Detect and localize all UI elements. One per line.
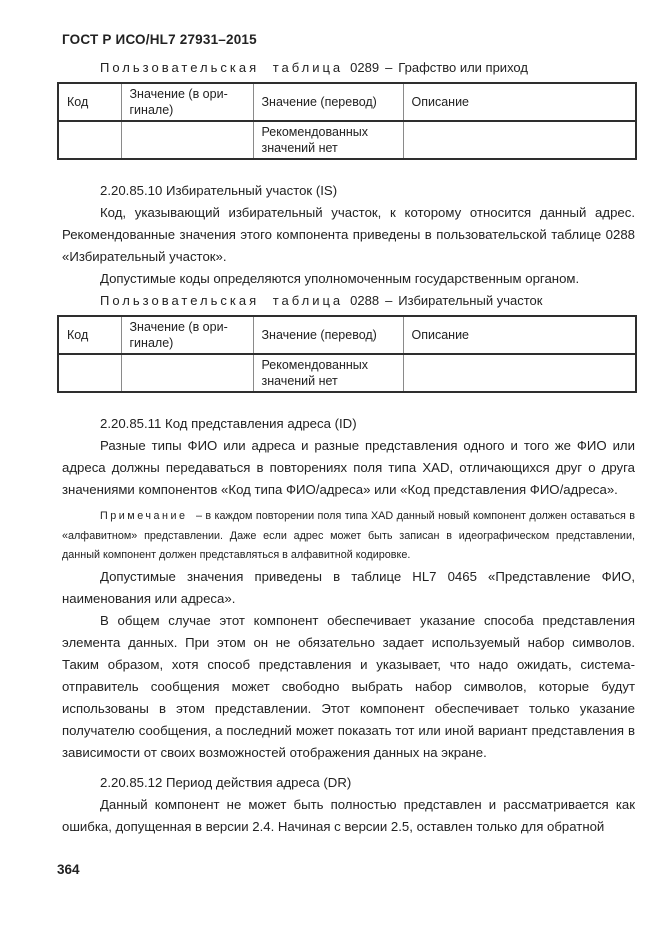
- table-cell: Рекомендованных значений нет: [253, 121, 403, 159]
- table-cell: [121, 121, 253, 159]
- caption-dash: –: [385, 293, 392, 308]
- col-header-description: Описание: [403, 316, 636, 354]
- caption-number: 0289: [350, 60, 379, 75]
- note: Примечание – в каждом повторении поля ти…: [62, 507, 635, 566]
- col-header-code: Код: [58, 316, 121, 354]
- section-heading-2-20-85-11: 2.20.85.11 Код представления адреса (ID): [62, 413, 635, 435]
- col-header-value-original: Значение (в ори­гинале): [121, 83, 253, 121]
- caption-number: 0288: [350, 293, 379, 308]
- paragraph: Допустимые коды определяются уполномочен…: [62, 268, 635, 290]
- table-0289: Код Значение (в ори­гинале) Значение (пе…: [57, 82, 637, 160]
- table-cell: [58, 354, 121, 392]
- col-header-value-translated: Значение (перевод): [253, 83, 403, 121]
- paragraph: Допустимые значения приведены в таблице …: [62, 566, 635, 610]
- table-cell: [58, 121, 121, 159]
- table-caption-0289: Пользовательская таблица0289–Графство ил…: [62, 59, 635, 76]
- table-cell: [403, 354, 636, 392]
- table-0288: Код Значение (в ори­гинале) Значение (пе…: [57, 315, 637, 393]
- section-heading-2-20-85-10: 2.20.85.10 Избирательный участок (IS): [62, 180, 635, 202]
- paragraph: Код, указывающий избирательный участок, …: [62, 202, 635, 268]
- table-cell: [121, 354, 253, 392]
- caption-prefix: Пользовательская таблица: [100, 293, 343, 308]
- caption-name: Избирательный участок: [398, 293, 542, 308]
- table-cell: [403, 121, 636, 159]
- col-header-value-original: Значение (в ори­гинале): [121, 316, 253, 354]
- table-header-row: Код Значение (в ори­гинале) Значение (пе…: [58, 83, 636, 121]
- col-header-code: Код: [58, 83, 121, 121]
- table-header-row: Код Значение (в ори­гинале) Значение (пе…: [58, 316, 636, 354]
- page-number: 364: [57, 862, 80, 877]
- col-header-description: Описание: [403, 83, 636, 121]
- caption-name: Графство или приход: [398, 60, 528, 75]
- paragraph: Разные типы ФИО или адреса и разные пред…: [62, 435, 635, 501]
- paragraph: В общем случае этот компонент обеспечива…: [62, 610, 635, 764]
- document-page: ГОСТ Р ИСО/HL7 27931–2015 Пользовательск…: [0, 0, 661, 935]
- caption-prefix: Пользовательская таблица: [100, 60, 343, 75]
- paragraph: Данный компонент не может быть полностью…: [62, 794, 635, 838]
- table-row: Рекомендованных значений нет: [58, 354, 636, 392]
- doc-header: ГОСТ Р ИСО/HL7 27931–2015: [62, 32, 635, 47]
- table-row: Рекомендованных значений нет: [58, 121, 636, 159]
- table-cell: Рекомендованных значений нет: [253, 354, 403, 392]
- table-caption-0288: Пользовательская таблица0288–Избирательн…: [62, 292, 635, 309]
- section-heading-2-20-85-12: 2.20.85.12 Период действия адреса (DR): [62, 772, 635, 794]
- caption-dash: –: [385, 60, 392, 75]
- note-label: Примечание: [100, 510, 188, 522]
- col-header-value-translated: Значение (перевод): [253, 316, 403, 354]
